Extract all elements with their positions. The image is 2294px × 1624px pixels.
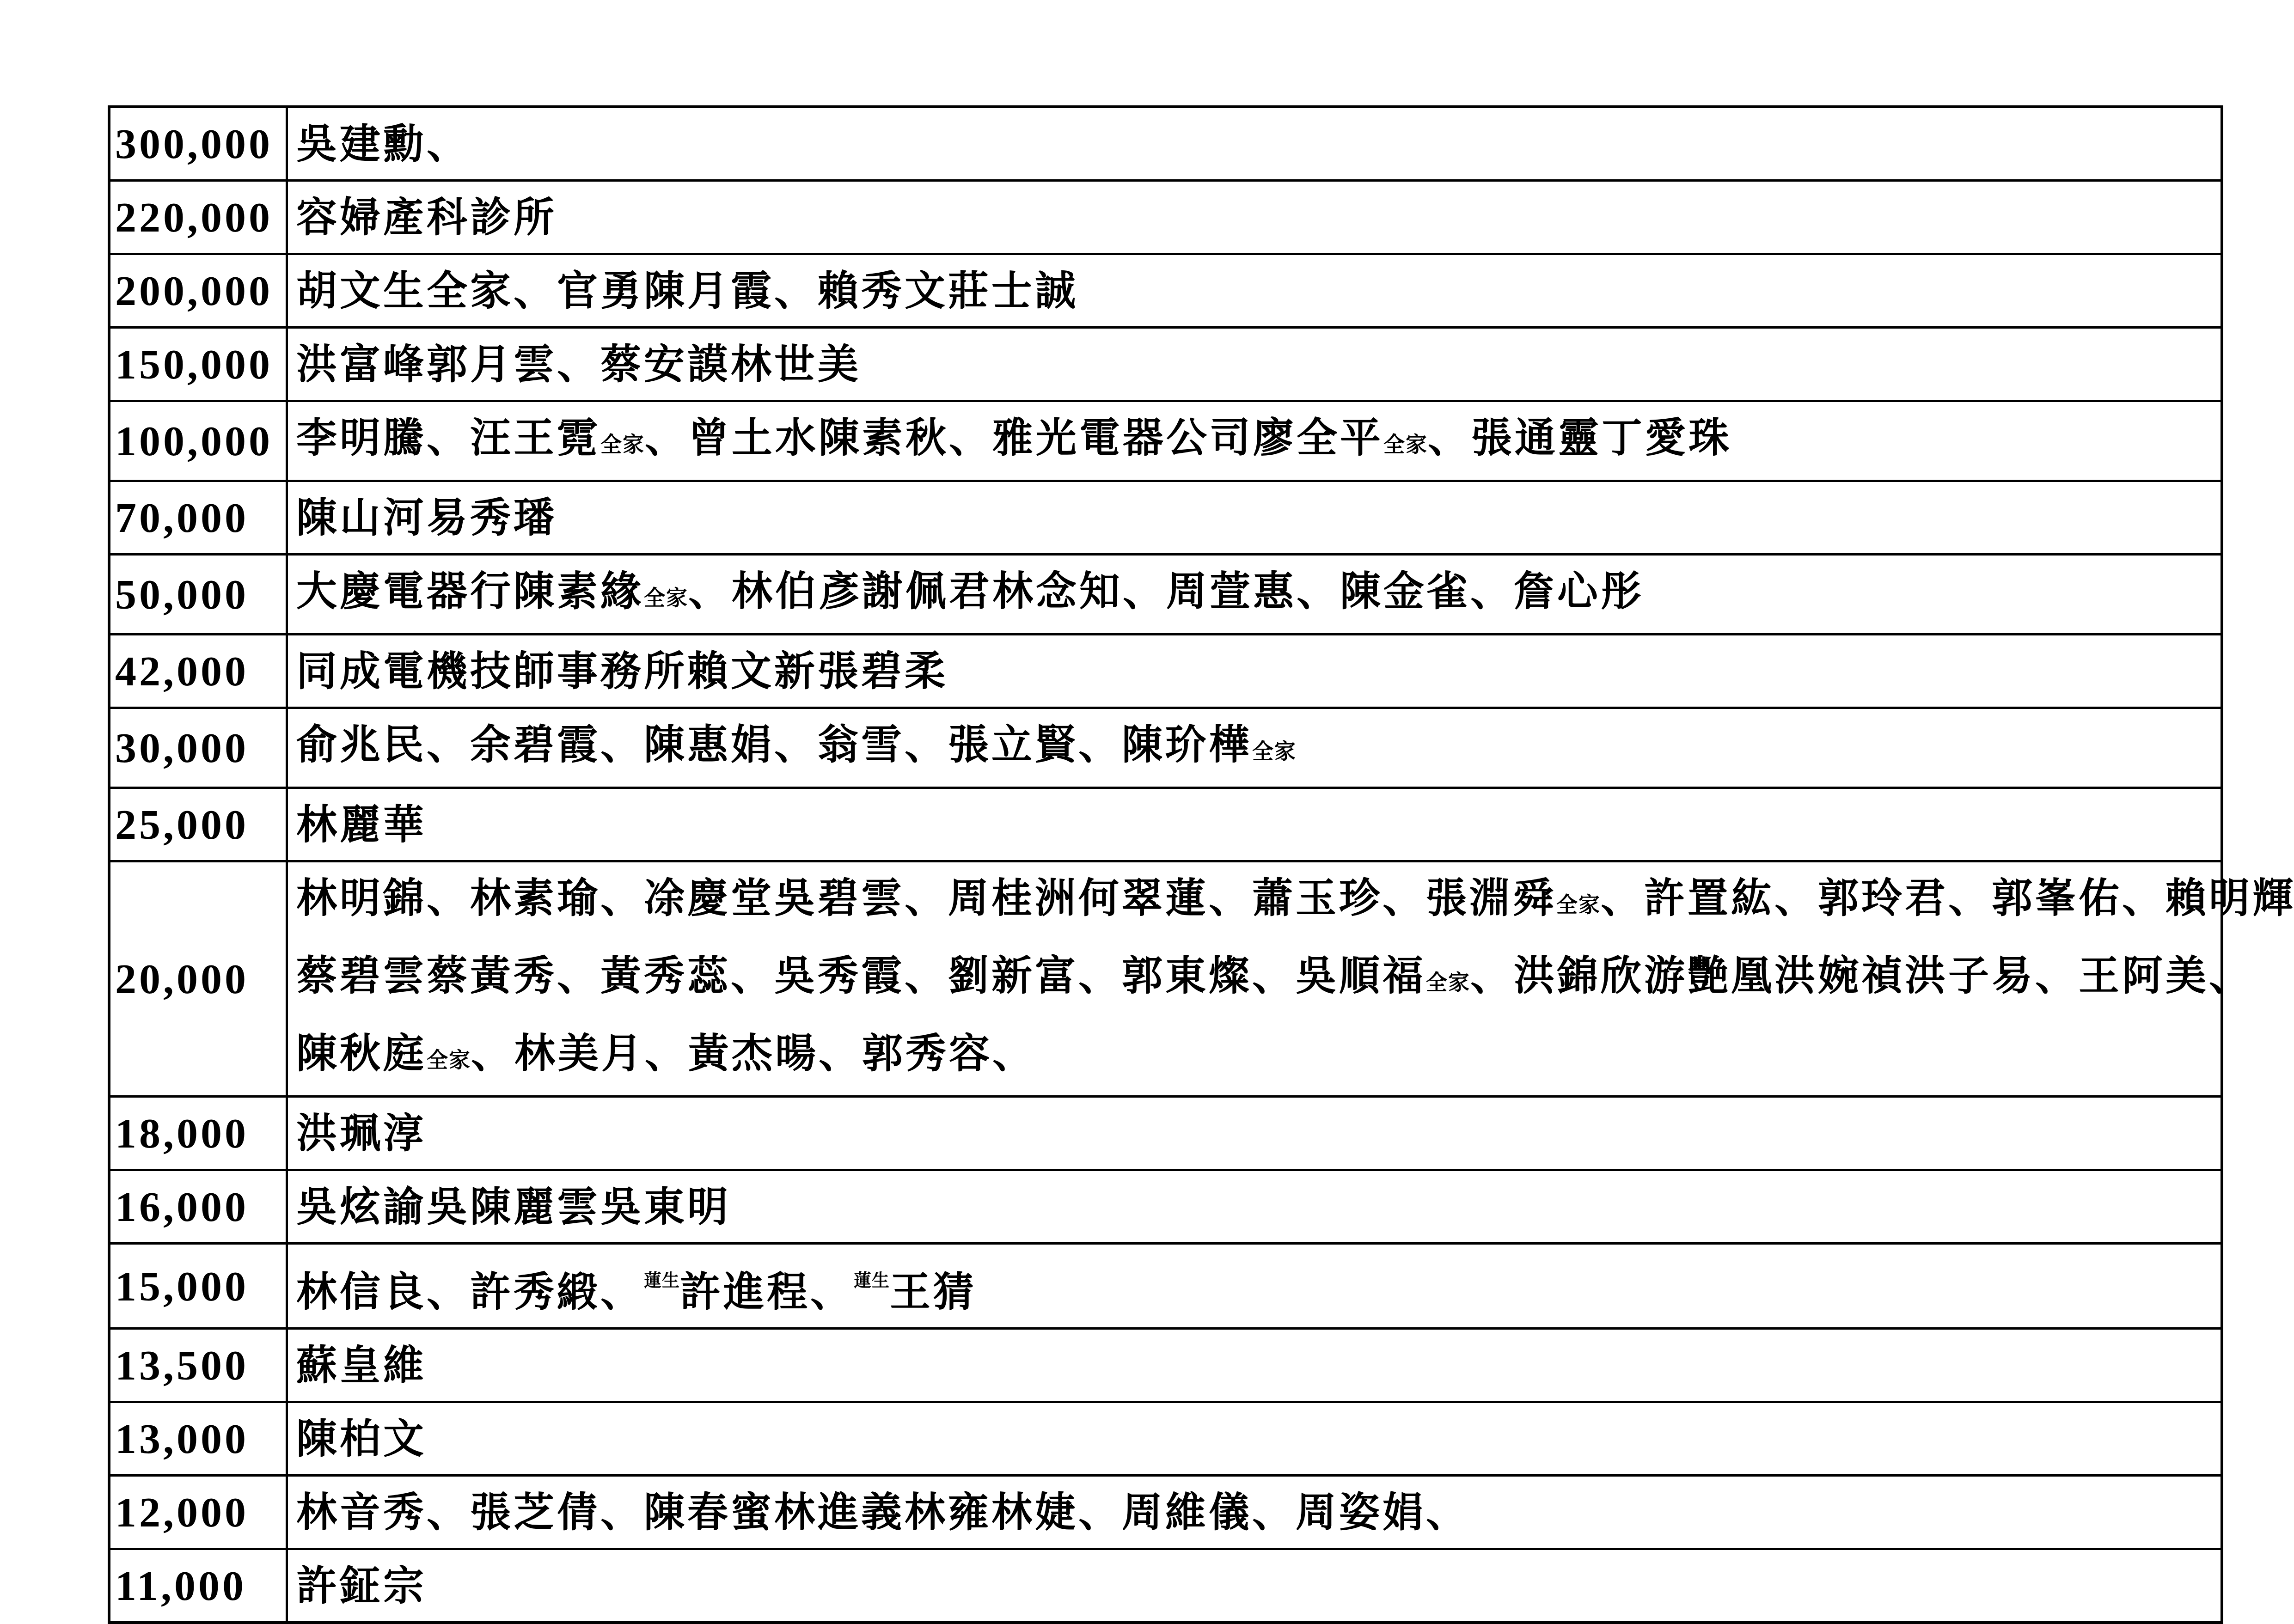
amount-cell: 11,000 bbox=[110, 1550, 288, 1621]
table-row: 16,000吳炫諭吳陳麗雲吳東明 bbox=[110, 1171, 2221, 1245]
amount-value: 20,000 bbox=[115, 954, 249, 1003]
names-cell: 俞兆民、余碧霞、陳惠娟、翁雪、張立賢、陳玠樺全家 bbox=[288, 709, 2221, 787]
family-annotation: 全家 bbox=[644, 585, 688, 610]
names-cell: 洪富峰郭月雲、蔡安謨林世美 bbox=[288, 329, 2221, 400]
liansheng-annotation: 蓮生 bbox=[644, 1270, 680, 1290]
table-row: 15,000林信良、許秀緞、蓮生許進程、蓮生王猜 bbox=[110, 1245, 2221, 1330]
amount-value: 11,000 bbox=[115, 1561, 246, 1610]
names-cell: 陳柏文 bbox=[288, 1403, 2221, 1474]
amount-value: 300,000 bbox=[115, 119, 273, 168]
names-line: 蔡碧雲蔡黃秀、黃秀蕊、吳秀霞、劉新富、郭東燦、吳順福全家、洪錦欣游艷凰洪婉禎洪子… bbox=[296, 940, 2294, 1018]
names-line: 胡文生全家、官勇陳月霞、賴秀文莊士誠 bbox=[296, 255, 2221, 326]
name-text: 胡文生全家、官勇陳月霞、賴秀文莊士誠 bbox=[296, 267, 1078, 314]
name-text: 陳山河易秀璠 bbox=[296, 494, 557, 541]
amount-value: 42,000 bbox=[115, 647, 249, 696]
names-line: 林音秀、張芝倩、陳春蜜林進義林雍林婕、周維儀、周姿娟、 bbox=[296, 1477, 2221, 1548]
names-cell: 林音秀、張芝倩、陳春蜜林進義林雍林婕、周維儀、周姿娟、 bbox=[288, 1477, 2221, 1548]
name-text: 大慶電器行陳素緣 bbox=[296, 567, 644, 615]
name-text: 、洪錦欣游艷凰洪婉禎洪子易、王阿美、 bbox=[1470, 952, 2252, 999]
name-text: 蔡碧雲蔡黃秀、黃秀蕊、吳秀霞、劉新富、郭東燦、吳順福 bbox=[296, 952, 1426, 999]
amount-cell: 200,000 bbox=[110, 255, 288, 326]
name-text: 林明錦、林素瑜、凃慶堂吳碧雲、周桂洲何翠蓮、蕭玉珍、張淵舜 bbox=[296, 874, 1556, 922]
amount-cell: 70,000 bbox=[110, 482, 288, 553]
names-cell: 林麗華 bbox=[288, 789, 2221, 860]
table-row: 70,000陳山河易秀璠 bbox=[110, 482, 2221, 556]
names-line: 林麗華 bbox=[296, 789, 2221, 860]
amount-value: 100,000 bbox=[115, 416, 273, 465]
family-annotation: 全家 bbox=[1383, 432, 1428, 457]
table-row: 42,000同成電機技師事務所賴文新張碧柔 bbox=[110, 635, 2221, 709]
names-cell: 蘇皇維 bbox=[288, 1330, 2221, 1401]
amount-cell: 13,000 bbox=[110, 1403, 288, 1474]
names-line: 吳建勳、 bbox=[296, 108, 2221, 179]
amount-cell: 220,000 bbox=[110, 182, 288, 253]
name-text: 容婦產科診所 bbox=[296, 193, 557, 241]
name-text: 許進程、 bbox=[680, 1268, 854, 1315]
table-row: 20,000林明錦、林素瑜、凃慶堂吳碧雲、周桂洲何翠蓮、蕭玉珍、張淵舜全家、許置… bbox=[110, 862, 2221, 1098]
name-text: 洪珮淳 bbox=[296, 1109, 427, 1157]
name-text: 李明騰、汪王霓 bbox=[296, 414, 600, 461]
names-cell: 林明錦、林素瑜、凃慶堂吳碧雲、周桂洲何翠蓮、蕭玉珍、張淵舜全家、許置紘、郭玲君、… bbox=[288, 862, 2294, 1095]
names-line: 洪珮淳 bbox=[296, 1098, 2221, 1169]
names-line: 洪富峰郭月雲、蔡安謨林世美 bbox=[296, 329, 2221, 400]
name-text: 陳柏文 bbox=[296, 1415, 427, 1462]
amount-value: 70,000 bbox=[115, 493, 249, 542]
names-cell: 吳炫諭吳陳麗雲吳東明 bbox=[288, 1171, 2221, 1242]
table-row: 220,000容婦產科診所 bbox=[110, 182, 2221, 255]
name-text: 、許置紘、郭玲君、郭峯佑、賴明輝、 bbox=[1601, 874, 2294, 922]
name-text: 吳炫諭吳陳麗雲吳東明 bbox=[296, 1183, 731, 1230]
names-cell: 林信良、許秀緞、蓮生許進程、蓮生王猜 bbox=[288, 1245, 2221, 1327]
amount-value: 16,000 bbox=[115, 1182, 249, 1231]
names-line: 李明騰、汪王霓全家、曾土水陳素秋、雅光電器公司廖全平全家、張通靈丁愛珠 bbox=[296, 402, 2221, 480]
name-text: 、林伯彥謝佩君林念知、周萱惠、陳金雀、詹心彤 bbox=[688, 567, 1644, 615]
amount-cell: 42,000 bbox=[110, 635, 288, 707]
amount-value: 200,000 bbox=[115, 266, 273, 315]
name-text: 同成電機技師事務所賴文新張碧柔 bbox=[296, 647, 948, 695]
amount-value: 12,000 bbox=[115, 1488, 249, 1537]
family-annotation: 全家 bbox=[427, 1047, 471, 1072]
names-line: 同成電機技師事務所賴文新張碧柔 bbox=[296, 635, 2221, 707]
family-annotation: 全家 bbox=[1252, 739, 1297, 763]
name-text: 陳秋庭 bbox=[296, 1029, 427, 1077]
table-row: 300,000吳建勳、 bbox=[110, 108, 2221, 182]
amount-value: 50,000 bbox=[115, 570, 249, 619]
names-line: 林信良、許秀緞、蓮生許進程、蓮生王猜 bbox=[296, 1245, 2221, 1327]
name-text: 、林美月、黃杰暘、郭秀容、 bbox=[471, 1029, 1036, 1077]
amount-cell: 20,000 bbox=[110, 862, 288, 1095]
name-text: 洪富峰郭月雲、蔡安謨林世美 bbox=[296, 340, 861, 388]
name-text: 吳建勳、 bbox=[296, 120, 470, 167]
names-line: 容婦產科診所 bbox=[296, 182, 2221, 253]
family-annotation: 全家 bbox=[1556, 892, 1601, 917]
names-line: 陳秋庭全家、林美月、黃杰暘、郭秀容、 bbox=[296, 1018, 2294, 1095]
table-row: 18,000洪珮淳 bbox=[110, 1098, 2221, 1171]
names-line: 林明錦、林素瑜、凃慶堂吳碧雲、周桂洲何翠蓮、蕭玉珍、張淵舜全家、許置紘、郭玲君、… bbox=[296, 862, 2294, 940]
amount-cell: 18,000 bbox=[110, 1098, 288, 1169]
amount-cell: 16,000 bbox=[110, 1171, 288, 1242]
names-line: 許鉦宗 bbox=[296, 1550, 2221, 1621]
name-text: 、張通靈丁愛珠 bbox=[1428, 414, 1732, 461]
amount-value: 18,000 bbox=[115, 1109, 249, 1158]
table-row: 30,000俞兆民、余碧霞、陳惠娟、翁雪、張立賢、陳玠樺全家 bbox=[110, 709, 2221, 789]
table-row: 200,000胡文生全家、官勇陳月霞、賴秀文莊士誠 bbox=[110, 255, 2221, 329]
names-line: 俞兆民、余碧霞、陳惠娟、翁雪、張立賢、陳玠樺全家 bbox=[296, 709, 2221, 787]
amount-value: 25,000 bbox=[115, 800, 249, 849]
amount-cell: 300,000 bbox=[110, 108, 288, 179]
amount-value: 13,500 bbox=[115, 1341, 249, 1390]
amount-cell: 50,000 bbox=[110, 556, 288, 633]
amount-cell: 100,000 bbox=[110, 402, 288, 480]
name-text: 林麗華 bbox=[296, 800, 427, 848]
names-cell: 洪珮淳 bbox=[288, 1098, 2221, 1169]
table-row: 25,000林麗華 bbox=[110, 789, 2221, 862]
family-annotation: 全家 bbox=[600, 432, 645, 457]
name-text: 許鉦宗 bbox=[296, 1562, 427, 1609]
names-line: 吳炫諭吳陳麗雲吳東明 bbox=[296, 1171, 2221, 1242]
name-text: 王猜 bbox=[890, 1268, 977, 1315]
amount-value: 15,000 bbox=[115, 1262, 249, 1311]
names-line: 陳柏文 bbox=[296, 1403, 2221, 1474]
name-text: 蘇皇維 bbox=[296, 1341, 427, 1389]
names-cell: 胡文生全家、官勇陳月霞、賴秀文莊士誠 bbox=[288, 255, 2221, 326]
table-row: 100,000李明騰、汪王霓全家、曾土水陳素秋、雅光電器公司廖全平全家、張通靈丁… bbox=[110, 402, 2221, 482]
amount-cell: 13,500 bbox=[110, 1330, 288, 1401]
names-cell: 陳山河易秀璠 bbox=[288, 482, 2221, 553]
names-cell: 李明騰、汪王霓全家、曾土水陳素秋、雅光電器公司廖全平全家、張通靈丁愛珠 bbox=[288, 402, 2221, 480]
table-row: 11,000許鉦宗 bbox=[110, 1550, 2221, 1621]
names-cell: 大慶電器行陳素緣全家、林伯彥謝佩君林念知、周萱惠、陳金雀、詹心彤 bbox=[288, 556, 2221, 633]
names-cell: 吳建勳、 bbox=[288, 108, 2221, 179]
table-row: 13,500蘇皇維 bbox=[110, 1330, 2221, 1403]
name-text: 林音秀、張芝倩、陳春蜜林進義林雍林婕、周維儀、周姿娟、 bbox=[296, 1488, 1469, 1536]
family-annotation: 全家 bbox=[1426, 970, 1470, 995]
names-cell: 容婦產科診所 bbox=[288, 182, 2221, 253]
amount-cell: 25,000 bbox=[110, 789, 288, 860]
amount-cell: 30,000 bbox=[110, 709, 288, 787]
amount-value: 13,000 bbox=[115, 1414, 249, 1463]
liansheng-annotation: 蓮生 bbox=[854, 1270, 890, 1290]
name-text: 、曾土水陳素秋、雅光電器公司廖全平 bbox=[645, 414, 1383, 461]
table-row: 12,000林音秀、張芝倩、陳春蜜林進義林雍林婕、周維儀、周姿娟、 bbox=[110, 1477, 2221, 1550]
table-row: 13,000陳柏文 bbox=[110, 1403, 2221, 1477]
amount-cell: 15,000 bbox=[110, 1245, 288, 1327]
names-line: 陳山河易秀璠 bbox=[296, 482, 2221, 553]
names-line: 大慶電器行陳素緣全家、林伯彥謝佩君林念知、周萱惠、陳金雀、詹心彤 bbox=[296, 556, 2221, 633]
table-row: 150,000洪富峰郭月雲、蔡安謨林世美 bbox=[110, 329, 2221, 402]
amount-value: 30,000 bbox=[115, 723, 249, 772]
name-text: 林信良、許秀緞、 bbox=[296, 1268, 644, 1315]
table-row: 50,000大慶電器行陳素緣全家、林伯彥謝佩君林念知、周萱惠、陳金雀、詹心彤 bbox=[110, 556, 2221, 635]
names-line: 蘇皇維 bbox=[296, 1330, 2221, 1401]
name-text: 俞兆民、余碧霞、陳惠娟、翁雪、張立賢、陳玠樺 bbox=[296, 720, 1252, 768]
amount-value: 150,000 bbox=[115, 340, 273, 389]
amount-value: 220,000 bbox=[115, 193, 273, 242]
donation-table: 300,000吳建勳、220,000容婦產科診所200,000胡文生全家、官勇陳… bbox=[108, 105, 2223, 1624]
document-page: 300,000吳建勳、220,000容婦產科診所200,000胡文生全家、官勇陳… bbox=[0, 0, 2294, 1621]
amount-cell: 150,000 bbox=[110, 329, 288, 400]
names-cell: 許鉦宗 bbox=[288, 1550, 2221, 1621]
names-cell: 同成電機技師事務所賴文新張碧柔 bbox=[288, 635, 2221, 707]
amount-cell: 12,000 bbox=[110, 1477, 288, 1548]
